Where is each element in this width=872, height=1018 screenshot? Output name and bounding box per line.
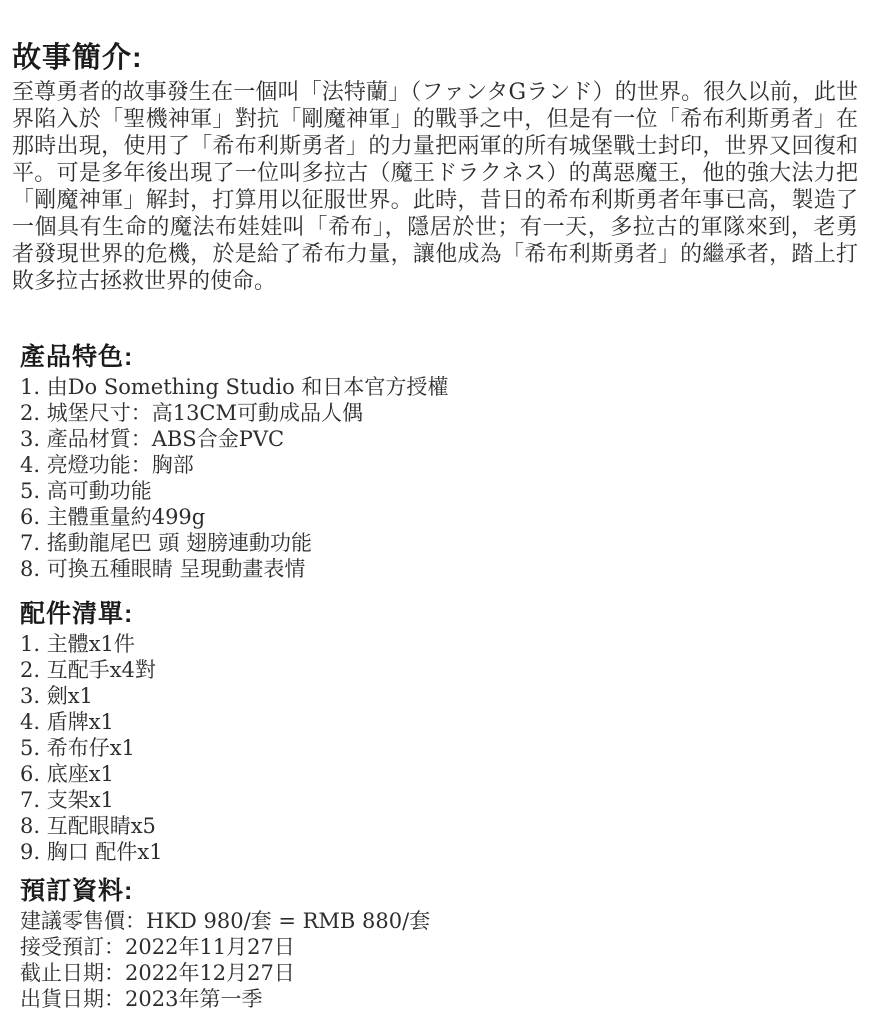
story-section-heading: 故事簡介: bbox=[12, 42, 860, 75]
list-item: 1. 由Do Something Studio 和日本官方授權 bbox=[20, 374, 860, 400]
list-item: 8. 可換五種眼睛 呈現動畫表情 bbox=[20, 556, 860, 582]
list-item: 4. 盾牌x1 bbox=[20, 709, 860, 735]
preorder-section-heading: 預訂資料: bbox=[20, 877, 860, 905]
list-item: 2. 互配手x4對 bbox=[20, 657, 860, 683]
list-item: 9. 胸口 配件x1 bbox=[20, 839, 860, 865]
list-item: 3. 產品材質：ABS合金PVC bbox=[20, 426, 860, 452]
preorder-line-start-date: 接受預訂：2022年11月27日 bbox=[20, 934, 860, 960]
list-item: 7. 支架x1 bbox=[20, 787, 860, 813]
list-item: 6. 底座x1 bbox=[20, 761, 860, 787]
list-item: 2. 城堡尺寸：高13CM可動成品人偶 bbox=[20, 400, 860, 426]
preorder-line-deadline: 截止日期：2022年12月27日 bbox=[20, 960, 860, 986]
list-item: 4. 亮燈功能：胸部 bbox=[20, 452, 860, 478]
features-section: 產品特色: 1. 由Do Something Studio 和日本官方授權 2.… bbox=[20, 343, 860, 582]
list-item: 1. 主體x1件 bbox=[20, 631, 860, 657]
accessories-section-heading: 配件清單: bbox=[20, 600, 860, 628]
preorder-section: 預訂資料: 建議零售價：HKD 980/套 = RMB 880/套 接受預訂：2… bbox=[20, 877, 860, 1012]
features-list: 1. 由Do Something Studio 和日本官方授權 2. 城堡尺寸：… bbox=[20, 374, 860, 582]
preorder-line-ship-date: 出貨日期：2023年第一季 bbox=[20, 986, 860, 1012]
accessories-section: 配件清單: 1. 主體x1件 2. 互配手x4對 3. 劍x1 4. 盾牌x1 … bbox=[20, 600, 860, 865]
preorder-info: 建議零售價：HKD 980/套 = RMB 880/套 接受預訂：2022年11… bbox=[20, 908, 860, 1012]
list-item: 5. 高可動功能 bbox=[20, 478, 860, 504]
list-item: 7. 搖動龍尾巴 頭 翅膀連動功能 bbox=[20, 530, 860, 556]
product-description-document: 故事簡介: 至尊勇者的故事發生在一個叫「法特蘭」（ファンタGランド）的世界。很久… bbox=[0, 0, 872, 1012]
list-item: 5. 希布仔x1 bbox=[20, 735, 860, 761]
list-item: 8. 互配眼睛x5 bbox=[20, 813, 860, 839]
story-paragraph: 至尊勇者的故事發生在一個叫「法特蘭」（ファンタGランド）的世界。很久以前，此世界… bbox=[12, 79, 858, 295]
preorder-line-price: 建議零售價：HKD 980/套 = RMB 880/套 bbox=[20, 908, 860, 934]
features-section-heading: 產品特色: bbox=[20, 343, 860, 371]
list-item: 3. 劍x1 bbox=[20, 683, 860, 709]
story-section: 故事簡介: 至尊勇者的故事發生在一個叫「法特蘭」（ファンタGランド）的世界。很久… bbox=[10, 42, 860, 295]
list-item: 6. 主體重量約499g bbox=[20, 504, 860, 530]
accessories-list: 1. 主體x1件 2. 互配手x4對 3. 劍x1 4. 盾牌x1 5. 希布仔… bbox=[20, 631, 860, 865]
